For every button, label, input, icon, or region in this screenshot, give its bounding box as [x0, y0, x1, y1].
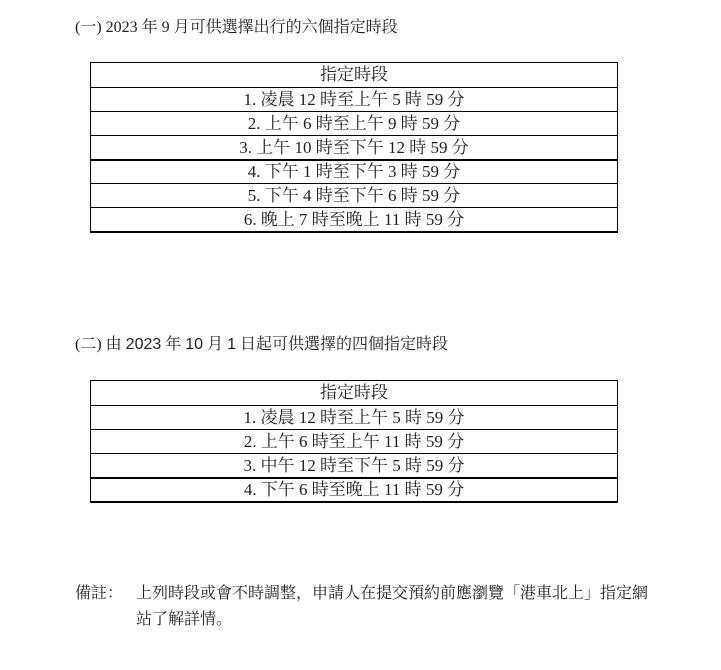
table-row: 6. 晚上 7 時至晚上 11 時 59 分: [91, 207, 617, 231]
heading-text-part: 月: [203, 336, 227, 353]
table-header-cell: 指定時段: [91, 63, 617, 87]
heading-year: 2023: [126, 336, 162, 353]
table-row: 4. 下午 1 時至下午 3 時 59 分: [91, 159, 617, 183]
heading-text-part: 日起可供選擇的四個指定時段: [236, 336, 448, 353]
footnote: 備註： 上列時段或會不時調整，申請人在提交預約前應瀏覽「港車北上」指定網站了解詳…: [75, 581, 662, 633]
footnote-text: 上列時段或會不時調整，申請人在提交預約前應瀏覽「港車北上」指定網站了解詳情。: [136, 581, 662, 633]
heading-day: 1: [227, 336, 236, 353]
section-one-heading: (一) 2023 年 9 月可供選擇出行的六個指定時段: [75, 17, 398, 39]
table-row: 3. 中午 12 時至下午 5 時 59 分: [91, 453, 617, 477]
table-row: 2. 上午 6 時至上午 11 時 59 分: [91, 429, 617, 453]
table-row: 3. 上午 10 時至下午 12 時 59 分: [91, 135, 617, 159]
table-header-cell: 指定時段: [91, 381, 617, 405]
heading-text-part: (二) 由: [75, 336, 126, 353]
table-row: 5. 下午 4 時至下午 6 時 59 分: [91, 183, 617, 207]
heading-month: 10: [185, 336, 203, 353]
table-row: 4. 下午 6 時至晚上 11 時 59 分: [91, 477, 617, 501]
table-row: 1. 凌晨 12 時至上午 5 時 59 分: [91, 405, 617, 429]
heading-text-part: 年: [161, 336, 185, 353]
section-two-heading: (二) 由 2023 年 10 月 1 日起可供選擇的四個指定時段: [75, 334, 448, 356]
table-row: 1. 凌晨 12 時至上午 5 時 59 分: [91, 87, 617, 111]
footnote-label: 備註：: [75, 581, 123, 607]
section-one-table: 指定時段 1. 凌晨 12 時至上午 5 時 59 分 2. 上午 6 時至上午…: [90, 62, 618, 233]
section-two-table: 指定時段 1. 凌晨 12 時至上午 5 時 59 分 2. 上午 6 時至上午…: [90, 380, 618, 503]
table-row: 2. 上午 6 時至上午 9 時 59 分: [91, 111, 617, 135]
